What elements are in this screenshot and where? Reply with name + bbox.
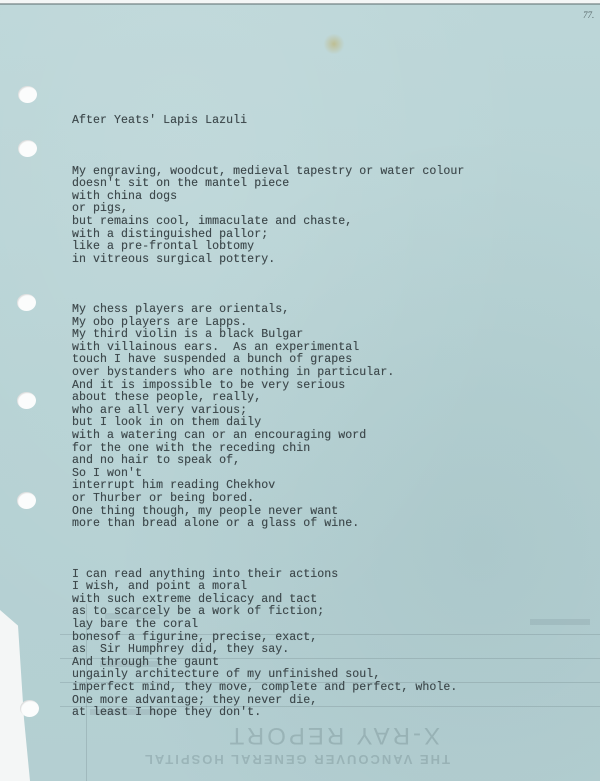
form-label <box>530 619 590 625</box>
poem-line: over bystanders who are nothing in parti… <box>72 367 464 380</box>
typewritten-page: THE VANCOUVER GENERAL HOSPITAL X-RAY REP… <box>0 4 600 781</box>
poem-line: or Thurber or being bored. <box>72 493 464 506</box>
poem-line: My chess players are orientals, <box>72 304 464 317</box>
stanza-1: My engraving, woodcut, medieval tapestry… <box>72 166 464 267</box>
poem-line: in vitreous surgical pottery. <box>72 254 464 267</box>
poem-line: with a watering can or an encouraging wo… <box>72 430 464 443</box>
poem-line: imperfect mind, they move, complete and … <box>72 682 464 695</box>
poem-line: lay bare the coral <box>72 619 464 632</box>
stanza-2: My chess players are orientals,My obo pl… <box>72 304 464 531</box>
poem: After Yeats' Lapis Lazuli My engraving, … <box>72 90 464 757</box>
punch-hole <box>17 492 36 509</box>
paper-stain <box>323 34 345 54</box>
punch-hole <box>20 700 39 717</box>
poem-title: After Yeats' Lapis Lazuli <box>72 115 464 128</box>
poem-line: I wish, and point a moral <box>72 581 464 594</box>
page-number: 77. <box>583 10 594 20</box>
punch-hole <box>18 86 37 103</box>
poem-line: about these people, really, <box>72 392 464 405</box>
poem-line: as Sir Humphrey did, they say. <box>72 644 464 657</box>
poem-line: with china dogs <box>72 191 464 204</box>
paper-top-edge <box>0 3 600 5</box>
punch-hole <box>17 294 36 311</box>
poem-line: but remains cool, immaculate and chaste, <box>72 216 464 229</box>
poem-line: My third violin is a black Bulgar <box>72 329 464 342</box>
poem-line: like a pre-frontal lobtomy <box>72 241 464 254</box>
poem-line: at least I hope they don't. <box>72 707 464 720</box>
punch-hole <box>17 392 36 409</box>
punch-hole <box>18 140 37 157</box>
poem-line: doesn't sit on the mantel piece <box>72 178 464 191</box>
poem-line: more than bread alone or a glass of wine… <box>72 518 464 531</box>
poem-line: and no hair to speak of, <box>72 455 464 468</box>
stanza-3: I can read anything into their actionsI … <box>72 569 464 720</box>
